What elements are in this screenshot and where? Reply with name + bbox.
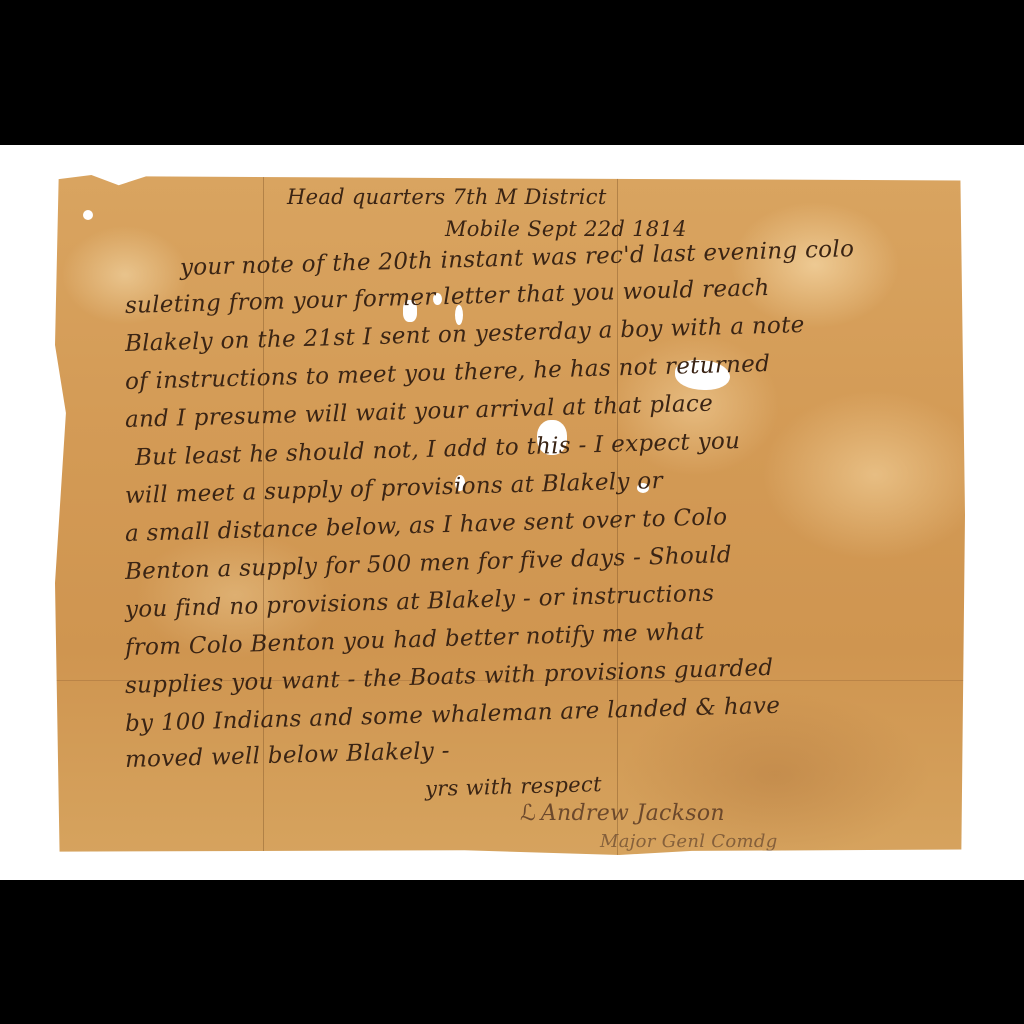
letter-body-line: supplies you want - the Boats with provi… (125, 655, 774, 699)
letter-heading-line2: Mobile Sept 22d 1814 (445, 217, 687, 241)
letter-body-line: a small distance below, as I have sent o… (125, 504, 728, 547)
signature: ℒ Andrew Jackson (520, 801, 725, 826)
letter-body-line: your note of the 20th instant was rec'd … (180, 236, 855, 281)
photo-background: Head quarters 7th M District Mobile Sept… (0, 145, 1024, 880)
letterbox-frame: Head quarters 7th M District Mobile Sept… (0, 0, 1024, 1024)
letter-body-line: moved well below Blakely - (125, 738, 451, 773)
signature-flourish-icon: ℒ (520, 801, 541, 826)
letter-body-line: of instructions to meet you there, he ha… (125, 351, 771, 395)
letter-closing: yrs with respect (425, 772, 602, 801)
letter-body-line: you find no provisions at Blakely - or i… (125, 581, 715, 623)
letter-body-line: will meet a supply of provisions at Blak… (125, 468, 664, 509)
signature-name: Andrew Jackson (541, 801, 725, 826)
paper-hole (83, 210, 93, 220)
letter-body-line: by 100 Indians and some whaleman are lan… (125, 693, 781, 737)
letter-body-line: But least he should not, I add to this -… (135, 428, 741, 471)
letter-body-line: Benton a supply for 500 men for five day… (125, 542, 733, 585)
letter-body-line: and I presume will wait your arrival at … (125, 391, 714, 433)
letter-body-line: suleting from your former letter that yo… (125, 275, 770, 319)
signature-title: Major Genl Comdg (600, 831, 778, 852)
letter-body-line: Blakely on the 21st I sent on yesterday … (125, 312, 805, 357)
letter-paper: Head quarters 7th M District Mobile Sept… (55, 175, 965, 855)
letter-heading-line1: Head quarters 7th M District (287, 185, 607, 209)
